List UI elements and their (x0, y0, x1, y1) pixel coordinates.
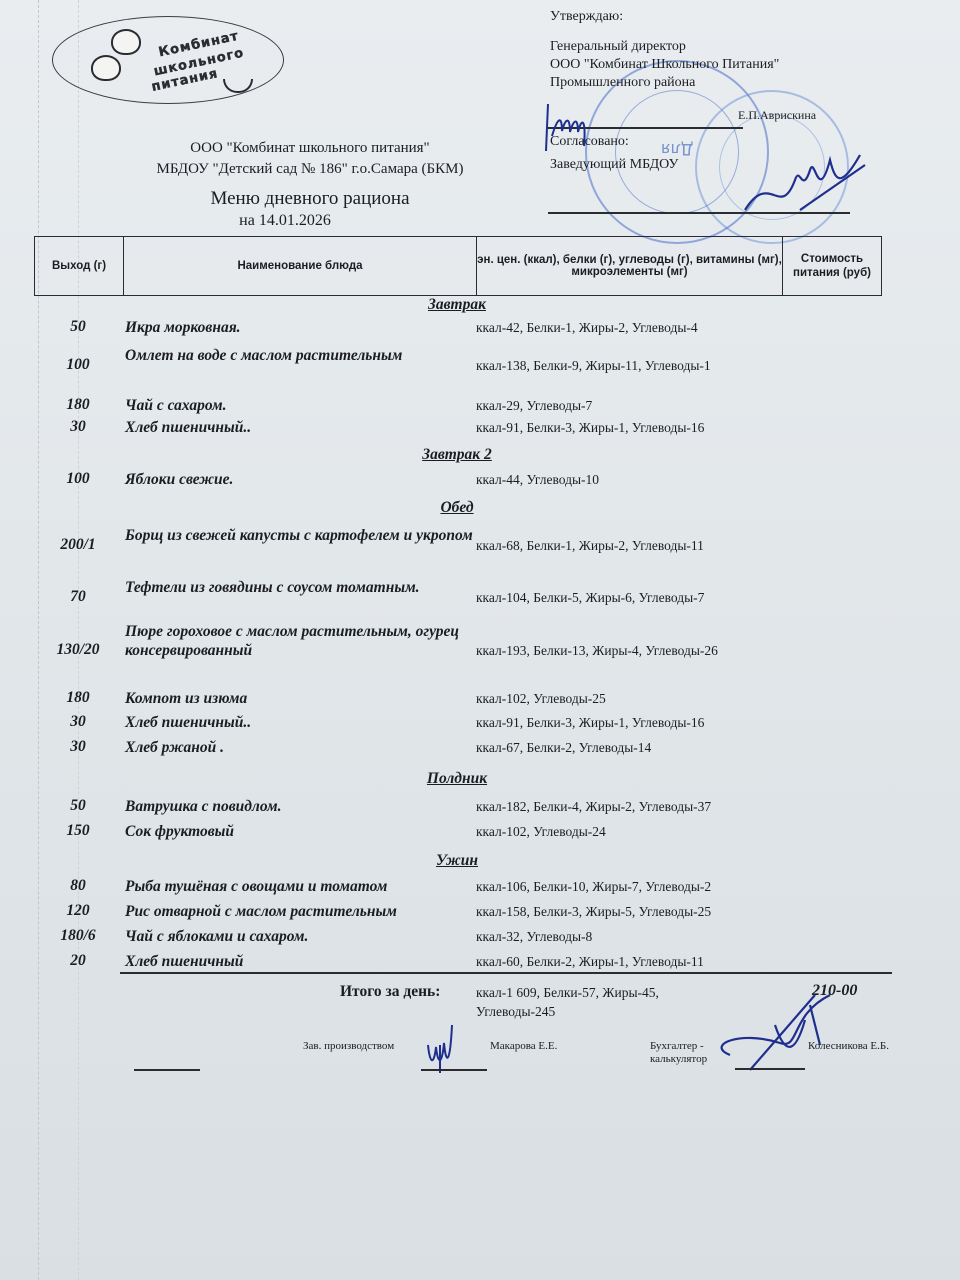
child-face-icon (91, 55, 121, 81)
dish-nutrition: ккал-68, Белки-1, Жиры-2, Углеводы-11 (476, 538, 796, 554)
total-nutrition: ккал-1 609, Белки-57, Жиры-45, Углеводы-… (476, 983, 736, 1021)
dish-nutrition: ккал-102, Углеводы-24 (476, 824, 796, 840)
agreed-position: Заведующий МБДОУ (550, 157, 678, 173)
dish-name: Омлет на воде с маслом растительным (125, 346, 475, 365)
dish-name: Хлеб пшеничный.. (125, 418, 475, 437)
dish-name: Рис отварной с маслом растительным (125, 902, 475, 921)
bowl-icon (223, 79, 253, 93)
accountant-signature-icon (700, 985, 850, 1080)
dish-output: 180/6 (34, 927, 122, 945)
dish-name: Хлеб пшеничный (125, 952, 475, 971)
dish-name: Чай с яблоками и сахаром. (125, 927, 475, 946)
dish-name: Компот из изюма (125, 689, 475, 708)
total-divider (120, 972, 892, 974)
total-label: Итого за день: (340, 983, 440, 1001)
dish-nutrition: ккал-102, Углеводы-25 (476, 691, 796, 707)
approver-district: Промышленного района (550, 74, 779, 92)
dish-nutrition: ккал-60, Белки-2, Жиры-1, Углеводы-11 (476, 954, 796, 970)
approver-name: Е.П.Аврискина (738, 108, 816, 123)
approver-position: Генеральный директор (550, 38, 779, 56)
meal-section-title: Завтрак (34, 296, 880, 314)
scan-margin-mark (78, 0, 80, 1280)
dish-nutrition: ккал-193, Белки-13, Жиры-4, Углеводы-26 (476, 643, 796, 659)
dish-nutrition: ккал-67, Белки-2, Углеводы-14 (476, 740, 796, 756)
header-cost: Стоимость питания (руб) (783, 237, 881, 295)
dish-nutrition: ккал-91, Белки-3, Жиры-1, Углеводы-16 (476, 715, 796, 731)
dish-output: 70 (34, 588, 122, 606)
menu-table-header: Выход (г) Наименование блюда эн. цен. (к… (34, 236, 882, 296)
meal-section-title: Ужин (34, 852, 880, 870)
header-output: Выход (г) (35, 237, 124, 295)
dish-name: Тефтели из говядины с соусом томатным. (125, 578, 475, 597)
child-face-icon (111, 29, 141, 55)
dish-nutrition: ккал-29, Углеводы-7 (476, 398, 796, 414)
meal-section-title: Завтрак 2 (34, 446, 880, 464)
menu-date: на 14.01.2026 (130, 212, 440, 230)
dish-nutrition: ккал-91, Белки-3, Жиры-1, Углеводы-16 (476, 420, 796, 436)
dish-output: 30 (34, 418, 122, 436)
dish-nutrition: ккал-104, Белки-5, Жиры-6, Углеводы-7 (476, 590, 796, 606)
dish-name: Яблоки свежие. (125, 470, 475, 489)
page-title: Меню дневного рациона (130, 188, 490, 210)
header-dish-name: Наименование блюда (124, 237, 477, 295)
header-nutrition: эн. цен. (ккал), белки (г), углеводы (г)… (477, 237, 783, 295)
dish-name: Пюре гороховое с маслом растительным, ог… (125, 622, 475, 660)
dish-name: Сок фруктовый (125, 822, 475, 841)
meal-section-title: Обед (34, 499, 880, 517)
dish-output: 50 (34, 797, 122, 815)
dish-nutrition: ккал-158, Белки-3, Жиры-5, Углеводы-25 (476, 904, 796, 920)
approval-block: Утверждаю: Генеральный директор ООО "Ком… (550, 8, 779, 92)
dish-output: 30 (34, 713, 122, 731)
scan-margin-mark (38, 0, 40, 1280)
dish-nutrition: ккал-138, Белки-9, Жиры-11, Углеводы-1 (476, 358, 796, 374)
signature-line (134, 1069, 200, 1071)
signature-line (735, 1068, 805, 1070)
production-name: Макарова Е.Е. (490, 1040, 557, 1052)
meal-section-title: Полдник (34, 770, 880, 788)
dish-name: Хлеб пшеничный.. (125, 713, 475, 732)
dish-nutrition: ккал-182, Белки-4, Жиры-2, Углеводы-37 (476, 799, 796, 815)
dish-output: 100 (34, 356, 122, 374)
dish-name: Борщ из свежей капусты с картофелем и ук… (125, 526, 475, 545)
head-signature-icon (740, 150, 870, 220)
company-logo: Комбинат школьного питания (52, 16, 284, 104)
institution-name: МБДОУ "Детский сад № 186" г.о.Самара (БК… (130, 161, 490, 178)
dish-name: Чай с сахаром. (125, 396, 475, 415)
dish-name: Рыба тушёная с овощами и томатом (125, 877, 475, 896)
accountant-name: Колесникова Е.Б. (808, 1040, 889, 1052)
approve-label: Утверждаю: (550, 8, 779, 26)
dish-name: Ватрушка с повидлом. (125, 797, 475, 816)
director-signature-icon (540, 96, 610, 156)
dish-output: 30 (34, 738, 122, 756)
accountant-label: калькулятор (650, 1053, 707, 1065)
signature-line (421, 1069, 487, 1071)
dish-name: Икра морковная. (125, 318, 475, 337)
dish-output: 200/1 (34, 536, 122, 554)
org-name: ООО "Комбинат школьного питания" (130, 140, 490, 157)
dish-output: 100 (34, 470, 122, 488)
approver-company: ООО "Комбинат Школьного Питания" (550, 56, 779, 74)
dish-nutrition: ккал-32, Углеводы-8 (476, 929, 796, 945)
dish-name: Хлеб ржаной . (125, 738, 475, 757)
dish-output: 180 (34, 689, 122, 707)
production-signature-icon (420, 1015, 460, 1075)
dish-nutrition: ккал-44, Углеводы-10 (476, 472, 796, 488)
production-label: Зав. производством (303, 1040, 394, 1052)
dish-output: 180 (34, 396, 122, 414)
dish-nutrition: ккал-106, Белки-10, Жиры-7, Углеводы-2 (476, 879, 796, 895)
accountant-label: Бухгалтер - (650, 1040, 704, 1052)
dish-output: 130/20 (34, 641, 122, 659)
dish-nutrition: ккал-42, Белки-1, Жиры-2, Углеводы-4 (476, 320, 796, 336)
dish-output: 20 (34, 952, 122, 970)
dish-output: 50 (34, 318, 122, 336)
dish-output: 120 (34, 902, 122, 920)
dish-output: 80 (34, 877, 122, 895)
dish-output: 150 (34, 822, 122, 840)
